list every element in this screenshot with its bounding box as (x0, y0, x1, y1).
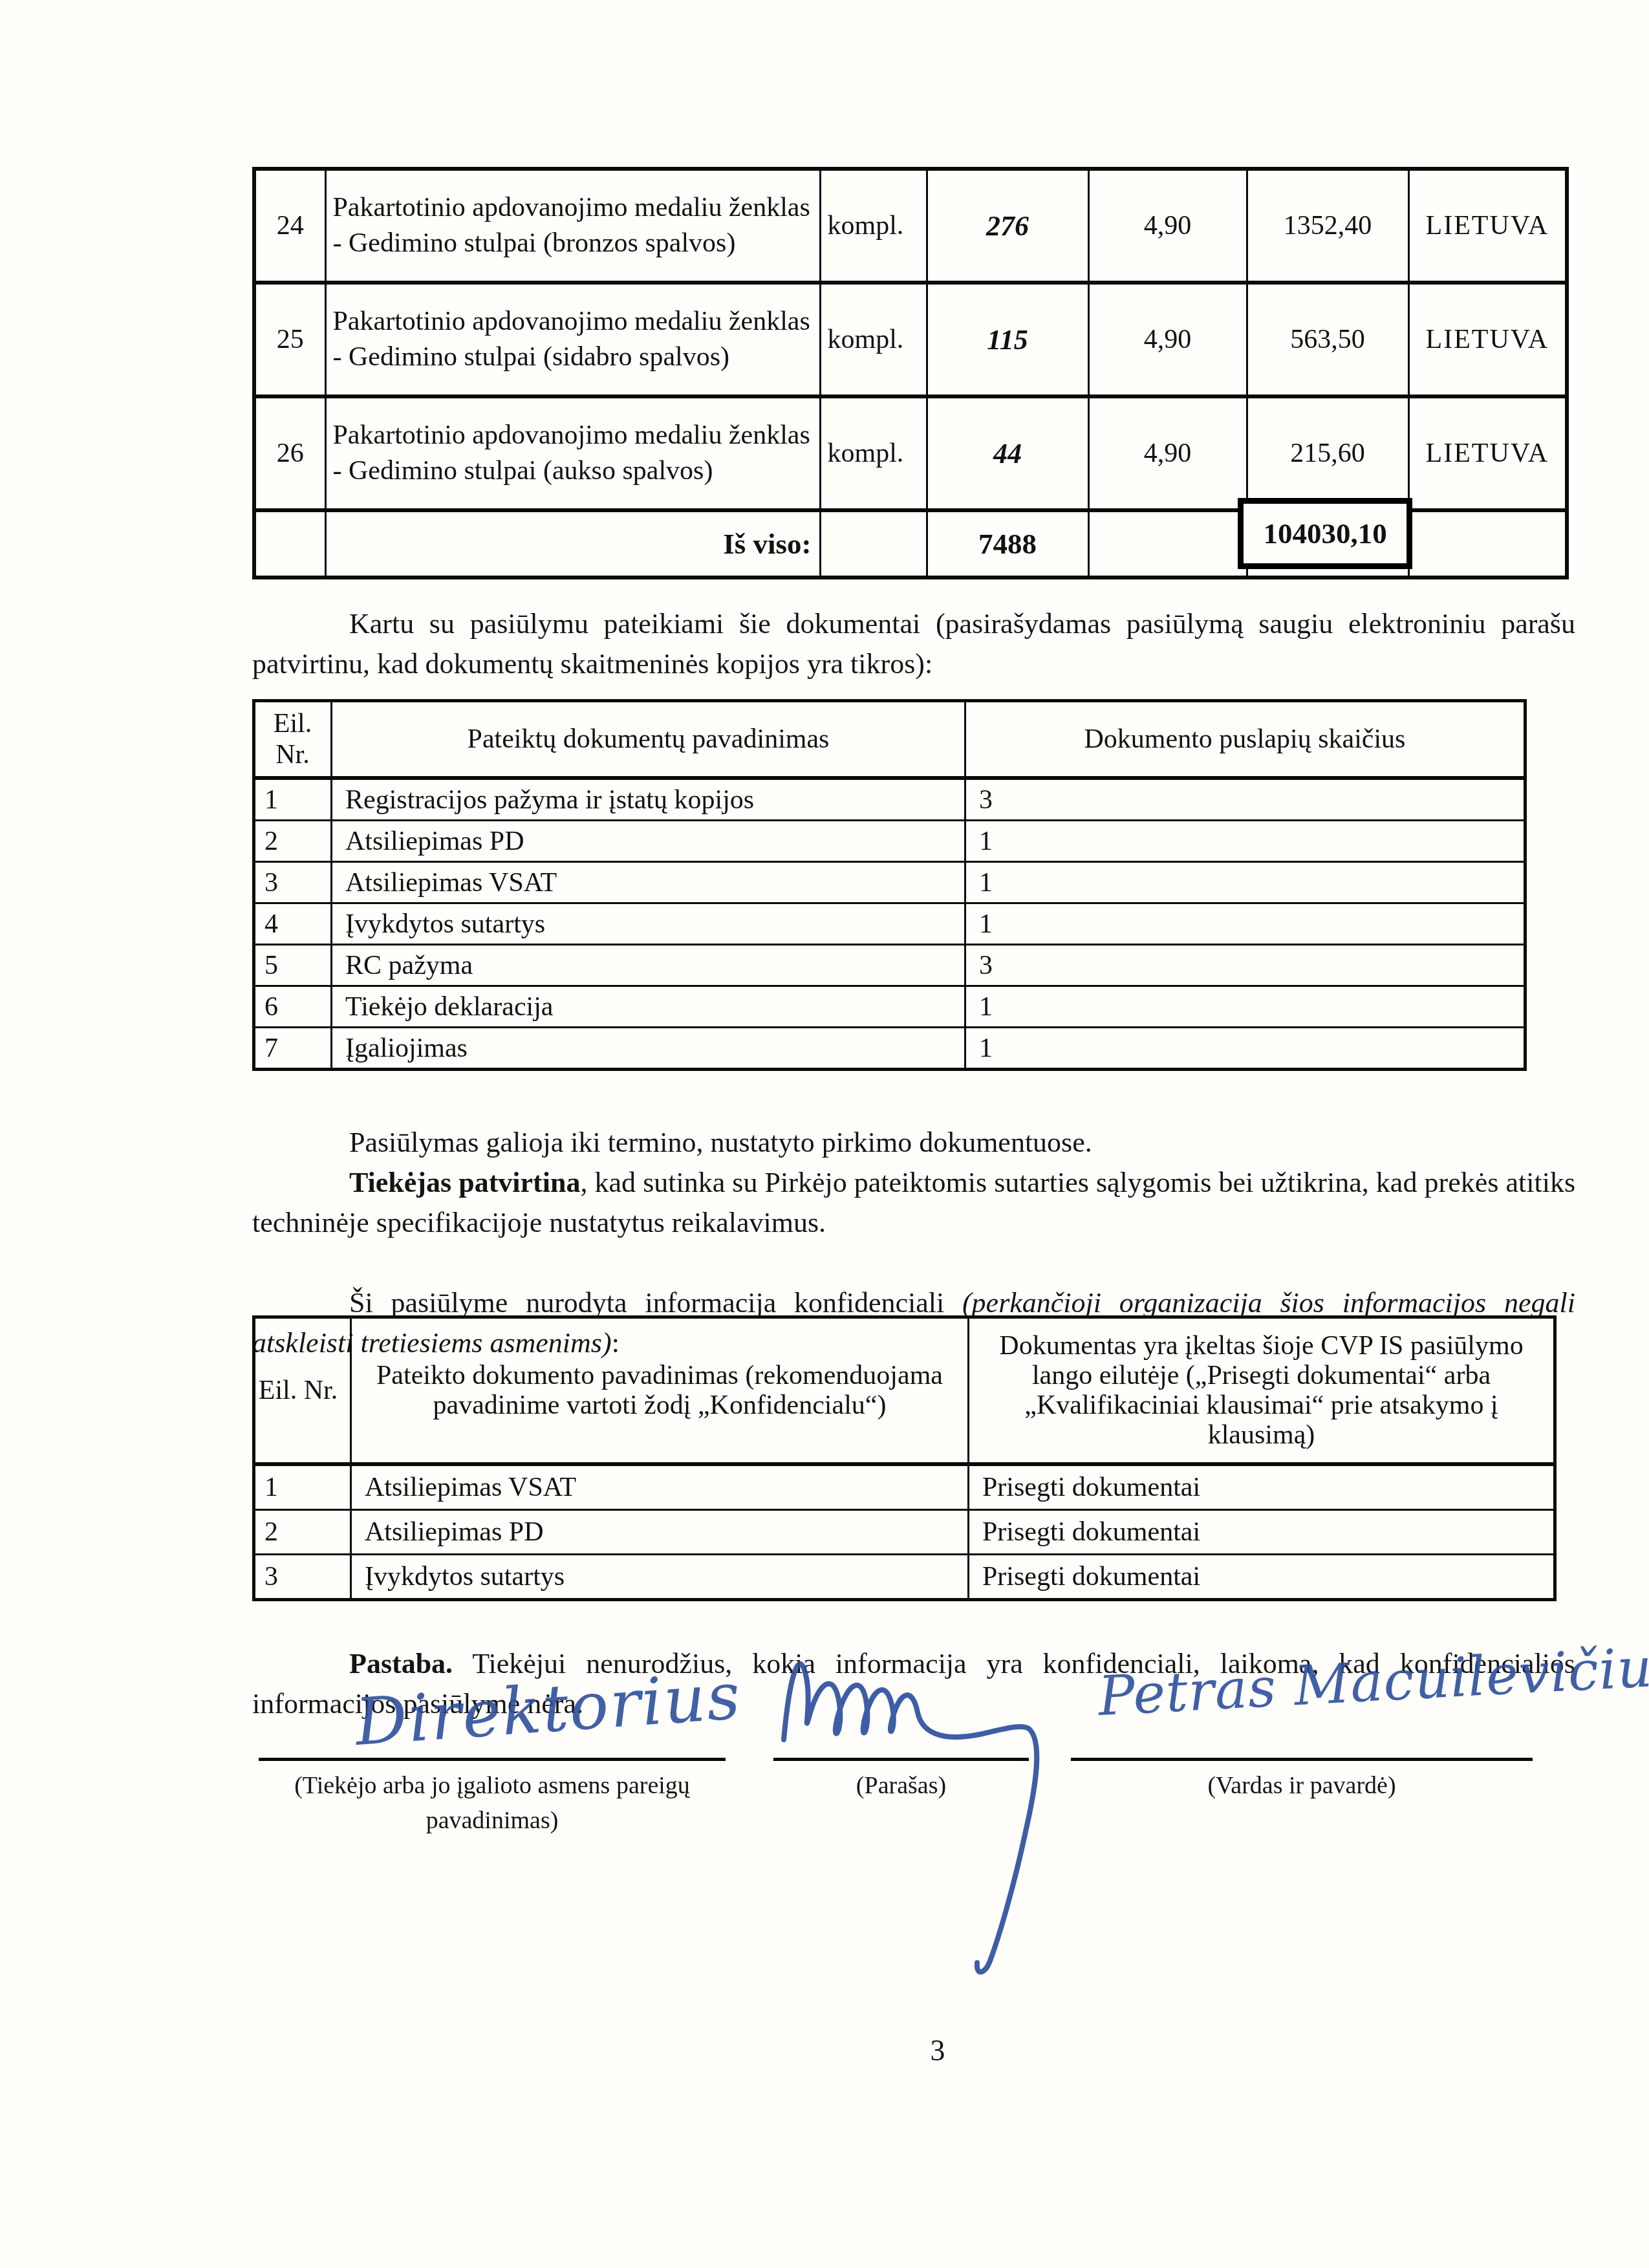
conf-location: Prisegti dokumentai (969, 1510, 1555, 1555)
table-row: 26 Pakartotinio apdovanojimo medaliu žen… (254, 396, 1567, 510)
item-unit-price: 4,90 (1088, 283, 1247, 396)
doc-pages: 1 (965, 862, 1525, 903)
item-origin: LIETUVA (1408, 396, 1567, 510)
confirm-paragraph-bold: Tiekėjas patvirtina (349, 1167, 580, 1198)
confidential-paragraph-normal: Ši pasiūlyme nurodyta informacija konfid… (349, 1287, 962, 1319)
table-row: 1 Atsiliepimas VSAT Prisegti dokumentai (254, 1464, 1555, 1510)
page-number: 3 (912, 2033, 964, 2068)
item-unit-price: 4,90 (1088, 169, 1247, 283)
validity-paragraph: Pasiūlymas galioja iki termino, nustatyt… (252, 1123, 1575, 1163)
doc-nr: 6 (254, 986, 332, 1028)
item-unit: kompl. (820, 169, 927, 283)
header-upload-location: Dokumentas yra įkeltas šioje CVP IS pasi… (969, 1317, 1555, 1465)
empty-cell (254, 510, 325, 578)
conf-name: Įvykdytos sutartys (351, 1555, 969, 1600)
item-amount: 563,50 (1247, 283, 1408, 396)
doc-name: Atsiliepimas VSAT (332, 862, 965, 903)
item-description: Pakartotinio apdovanojimo medaliu ženkla… (325, 396, 820, 510)
header-eil-nr: Eil. Nr. (254, 701, 332, 779)
item-nr: 25 (254, 283, 325, 396)
confirm-paragraph: Tiekėjas patvirtina, kad sutinka su Pirk… (252, 1163, 1575, 1243)
total-quantity: 7488 (927, 510, 1088, 578)
item-origin: LIETUVA (1408, 283, 1567, 396)
table-row: 6 Tiekėjo deklaracija 1 (254, 986, 1525, 1028)
confidential-table: Eil. Nr. Pateikto dokumento pavadinimas … (252, 1315, 1557, 1601)
doc-pages: 3 (965, 945, 1525, 986)
note-paragraph: Pastaba. Tiekėjui nenurodžius, kokia inf… (252, 1644, 1575, 1724)
header-eil-nr: Eil. Nr. (254, 1317, 351, 1465)
doc-name: Registracijos pažyma ir įstatų kopijos (332, 778, 965, 821)
doc-nr: 7 (254, 1028, 332, 1070)
doc-pages: 1 (965, 1028, 1525, 1070)
conf-name: Atsiliepimas PD (351, 1510, 969, 1555)
table-row: 3 Atsiliepimas VSAT 1 (254, 862, 1525, 903)
signature-role-label: (Tiekėjo arba jo įgalioto asmens pareigų… (259, 1768, 726, 1838)
doc-name: RC pažyma (332, 945, 965, 986)
item-origin: LIETUVA (1408, 169, 1567, 283)
intro-paragraph: Kartu su pasiūlymu pateikiami šie dokume… (252, 604, 1575, 684)
total-label: Iš viso: (325, 510, 820, 578)
item-description: Pakartotinio apdovanojimo medaliu ženkla… (325, 283, 820, 396)
item-amount: 215,60 (1247, 396, 1408, 510)
doc-nr: 5 (254, 945, 332, 986)
conf-location: Prisegti dokumentai (969, 1464, 1555, 1510)
doc-pages: 1 (965, 903, 1525, 945)
table-row: 2 Atsiliepimas PD 1 (254, 821, 1525, 862)
conf-nr: 3 (254, 1555, 351, 1600)
item-nr: 24 (254, 169, 325, 283)
conf-nr: 1 (254, 1464, 351, 1510)
table-row: 1 Registracijos pažyma ir įstatų kopijos… (254, 778, 1525, 821)
item-unit: kompl. (820, 283, 927, 396)
conf-name: Atsiliepimas VSAT (351, 1464, 969, 1510)
table-header-row: Eil. Nr. Pateikto dokumento pavadinimas … (254, 1317, 1555, 1465)
conf-nr: 2 (254, 1510, 351, 1555)
table-row: 4 Įvykdytos sutartys 1 (254, 903, 1525, 945)
item-unit-price: 4,90 (1088, 396, 1247, 510)
total-amount-box: 104030,10 (1238, 498, 1412, 569)
empty-cell (1408, 510, 1567, 578)
item-quantity: 44 (927, 396, 1088, 510)
item-nr: 26 (254, 396, 325, 510)
item-quantity: 115 (927, 283, 1088, 396)
doc-name: Įgaliojimas (332, 1028, 965, 1070)
table-row: 7 Įgaliojimas 1 (254, 1028, 1525, 1070)
note-paragraph-bold: Pastaba. (349, 1648, 453, 1679)
item-description: Pakartotinio apdovanojimo medaliu ženkla… (325, 169, 820, 283)
doc-name: Tiekėjo deklaracija (332, 986, 965, 1028)
table-row: 3 Įvykdytos sutartys Prisegti dokumentai (254, 1555, 1555, 1600)
doc-nr: 3 (254, 862, 332, 903)
table-row: 25 Pakartotinio apdovanojimo medaliu žen… (254, 283, 1567, 396)
table-row: 2 Atsiliepimas PD Prisegti dokumentai (254, 1510, 1555, 1555)
doc-name: Įvykdytos sutartys (332, 903, 965, 945)
doc-pages: 3 (965, 778, 1525, 821)
doc-pages: 1 (965, 986, 1525, 1028)
doc-nr: 1 (254, 778, 332, 821)
item-amount: 1352,40 (1247, 169, 1408, 283)
doc-name: Atsiliepimas PD (332, 821, 965, 862)
doc-pages: 1 (965, 821, 1525, 862)
header-document-name: Pateikto dokumento pavadinimas (rekomend… (351, 1317, 969, 1465)
header-document-name: Pateiktų dokumentų pavadinimas (332, 701, 965, 779)
signature-parasas-label: (Parašas) (773, 1768, 1029, 1803)
signature-line-name (1071, 1758, 1533, 1761)
signature-line-role (259, 1758, 726, 1761)
empty-cell (820, 510, 927, 578)
doc-nr: 4 (254, 903, 332, 945)
item-quantity: 276 (927, 169, 1088, 283)
documents-table: Eil. Nr. Pateiktų dokumentų pavadinimas … (252, 699, 1527, 1071)
table-row: 5 RC pažyma 3 (254, 945, 1525, 986)
signature-name-label: (Vardas ir pavardė) (1071, 1768, 1533, 1803)
header-page-count: Dokumento puslapių skaičius (965, 701, 1525, 779)
table-row: 24 Pakartotinio apdovanojimo medaliu žen… (254, 169, 1567, 283)
conf-location: Prisegti dokumentai (969, 1555, 1555, 1600)
empty-cell (1088, 510, 1247, 578)
signature-line-signature (773, 1758, 1029, 1761)
table-header-row: Eil. Nr. Pateiktų dokumentų pavadinimas … (254, 701, 1525, 779)
doc-nr: 2 (254, 821, 332, 862)
total-amount: 104030,10 (1263, 517, 1386, 550)
item-unit: kompl. (820, 396, 927, 510)
